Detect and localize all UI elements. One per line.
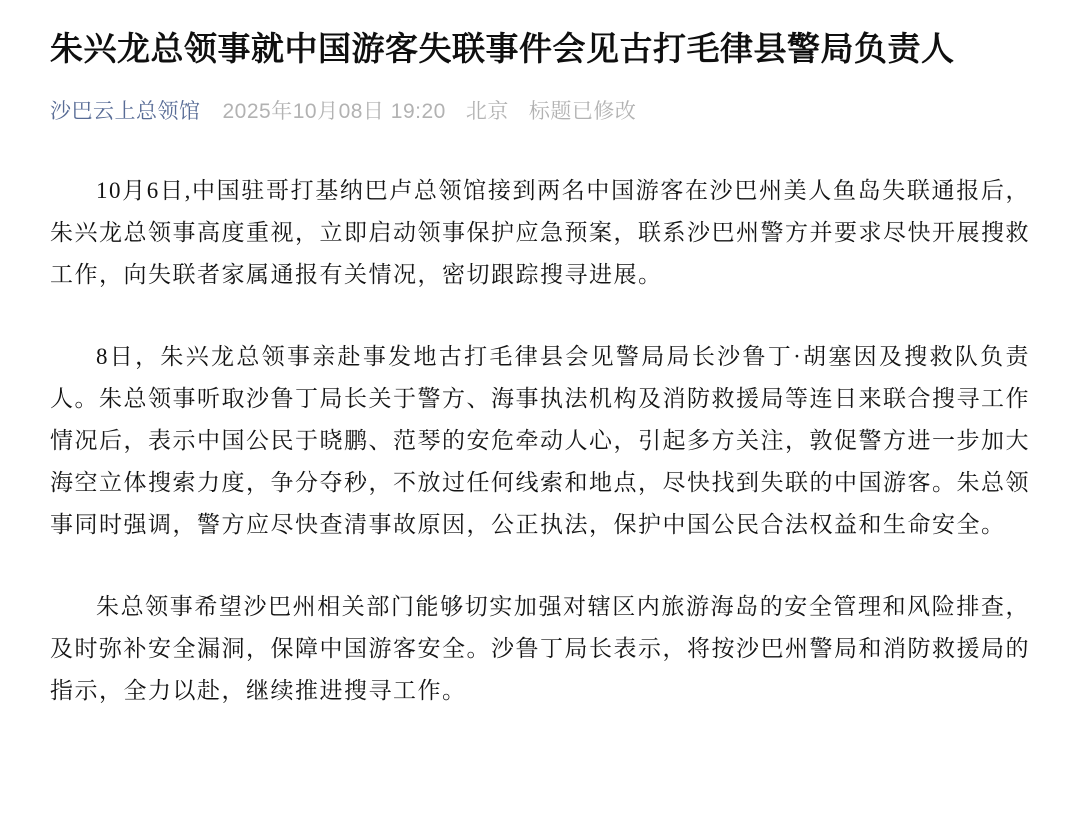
article-page: 朱兴龙总领事就中国游客失联事件会见古打毛律县警局负责人 沙巴云上总领馆 2025… — [0, 0, 1080, 819]
account-name-link[interactable]: 沙巴云上总领馆 — [50, 99, 201, 124]
article-paragraph-1: 10月6日,中国驻哥打基纳巴卢总领馆接到两名中国游客在沙巴州美人鱼岛失联通报后，… — [50, 170, 1030, 296]
article-meta-row: 沙巴云上总领馆 2025年10月08日 19:20 北京 标题已修改 — [50, 99, 1030, 124]
article-title: 朱兴龙总领事就中国游客失联事件会见古打毛律县警局负责人 — [50, 27, 1030, 72]
article-body: 10月6日,中国驻哥打基纳巴卢总领馆接到两名中国游客在沙巴州美人鱼岛失联通报后，… — [50, 170, 1030, 712]
title-modified-note: 标题已修改 — [529, 99, 637, 124]
publish-location: 北京 — [466, 99, 509, 124]
publish-date: 2025年10月08日 19:20 — [223, 99, 446, 124]
article-paragraph-3: 朱总领事希望沙巴州相关部门能够切实加强对辖区内旅游海岛的安全管理和风险排查，及时… — [50, 586, 1030, 712]
article-paragraph-2: 8日，朱兴龙总领事亲赴事发地古打毛律县会见警局局长沙鲁丁·胡塞因及搜救队负责人。… — [50, 336, 1030, 546]
